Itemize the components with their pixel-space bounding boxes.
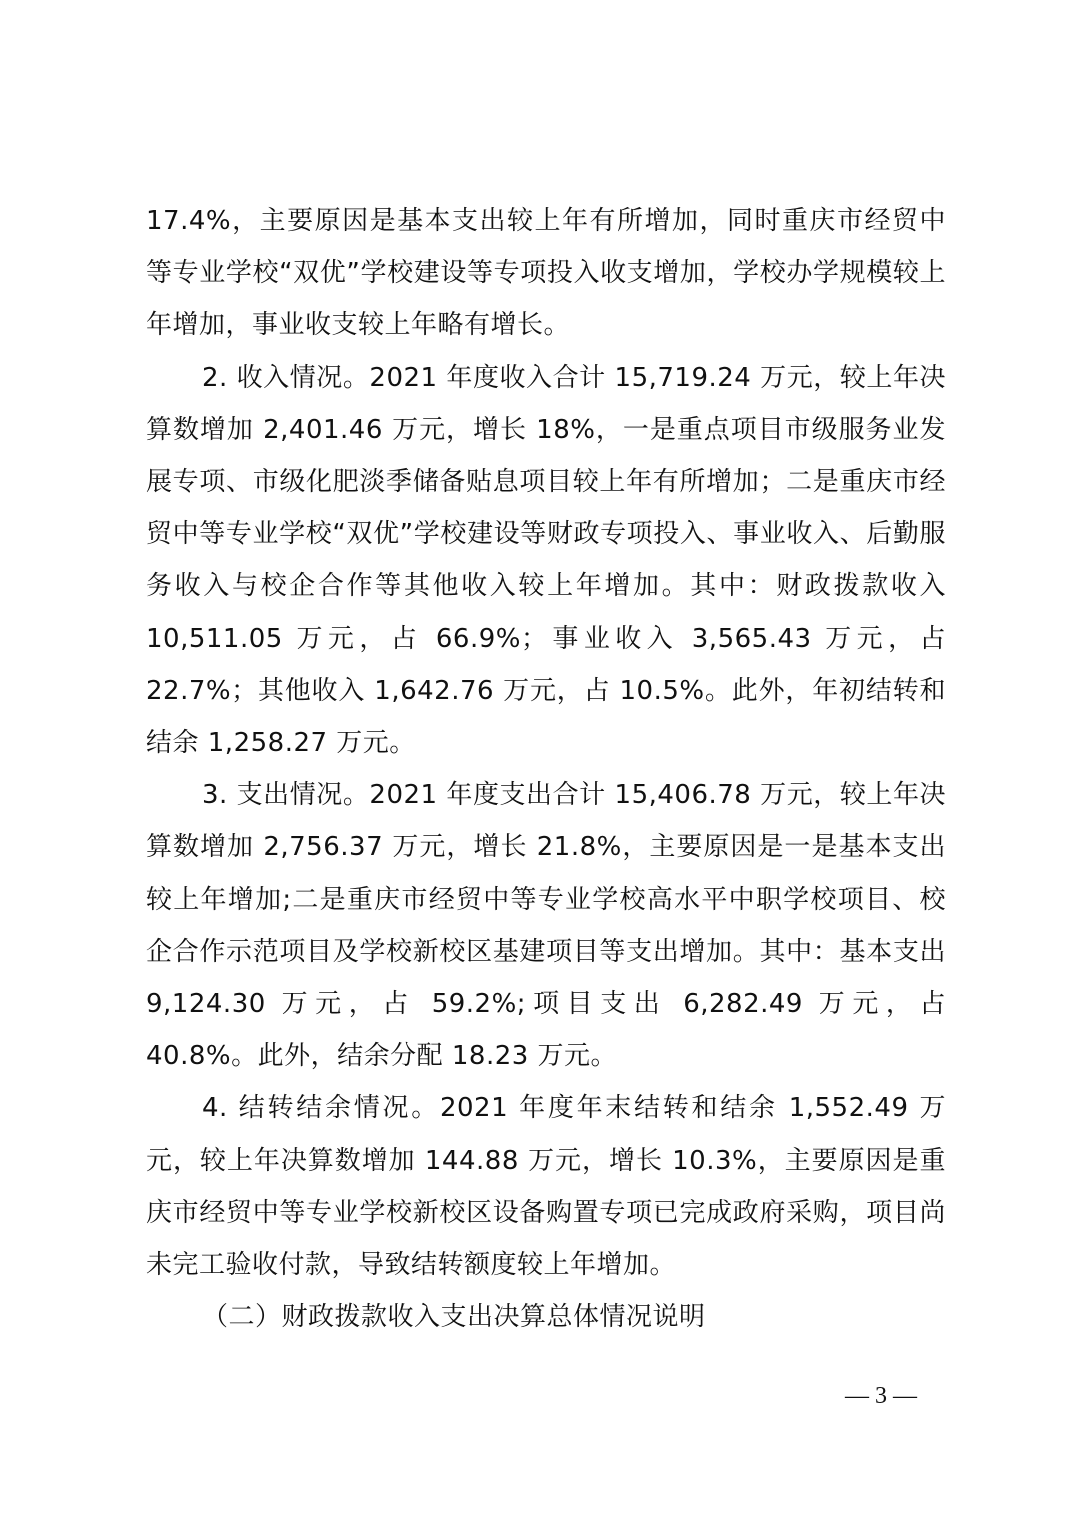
paragraph-expenditure: 3. 支出情况。2021 年度支出合计 15,406.78 万元，较上年决算数增… [146,769,946,1082]
paragraph-income: 2. 收入情况。2021 年度收入合计 15,719.24 万元，较上年决算数增… [146,352,946,770]
section-subheading: （二）财政拨款收入支出决算总体情况说明 [146,1291,946,1343]
document-body: 17.4%，主要原因是基本支出较上年有所增加，同时重庆市经贸中等专业学校“双优”… [146,195,946,1343]
document-page: 17.4%，主要原因是基本支出较上年有所增加，同时重庆市经贸中等专业学校“双优”… [0,0,1074,1520]
page-number: — 3 — [836,1381,926,1411]
paragraph-continuation: 17.4%，主要原因是基本支出较上年有所增加，同时重庆市经贸中等专业学校“双优”… [146,195,946,352]
paragraph-carryover: 4. 结转结余情况。2021 年度年末结转和结余 1,552.49 万元，较上年… [146,1082,946,1291]
